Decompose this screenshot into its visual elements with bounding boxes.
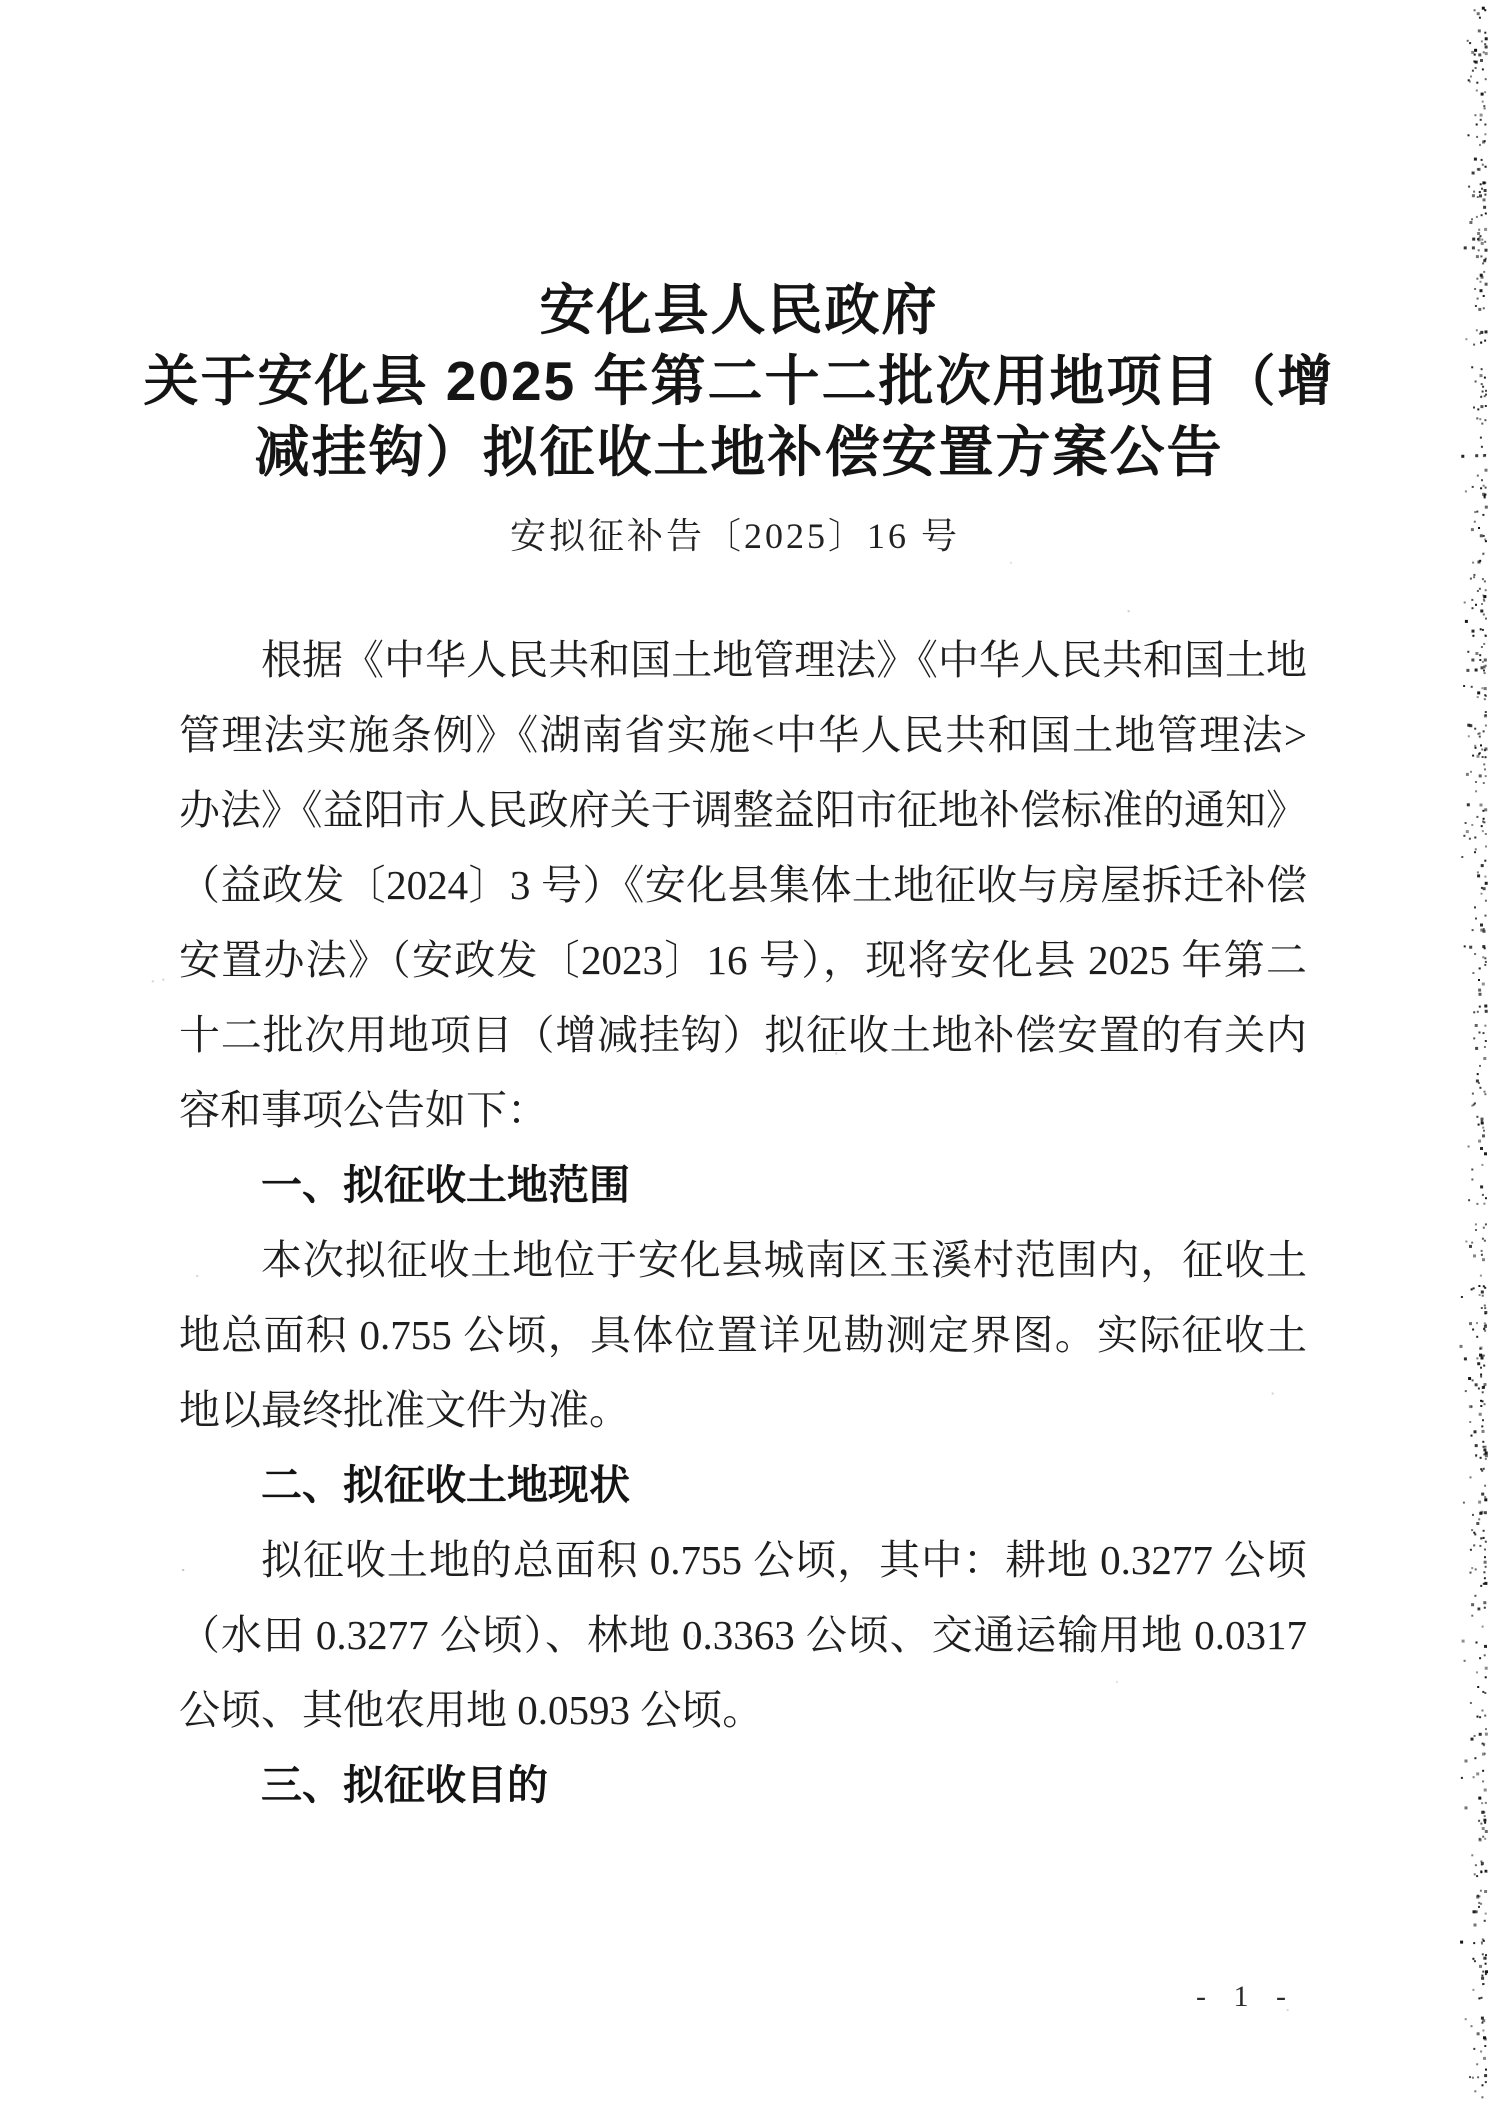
- paragraph-land-scope: 本次拟征收土地位于安化县城南区玉溪村范围内，征收土地总面积 0.755 公顷，具…: [179, 1223, 1307, 1448]
- document-body: 根据《中华人民共和国土地管理法》《中华人民共和国土地管理法实施条例》《湖南省实施…: [179, 623, 1307, 1823]
- section-heading-3: 三、拟征收目的: [179, 1748, 1307, 1823]
- scanned-document-page: 安化县人民政府 关于安化县 2025 年第二十二批次用地项目（增 减挂钩）拟征收…: [0, 0, 1488, 2104]
- paragraph-legal-basis: 根据《中华人民共和国土地管理法》《中华人民共和国土地管理法实施条例》《湖南省实施…: [179, 623, 1307, 1148]
- paragraph-land-status: 拟征收土地的总面积 0.755 公顷，其中：耕地 0.3277 公顷（水田 0.…: [179, 1523, 1307, 1748]
- title-line-2: 关于安化县 2025 年第二十二批次用地项目（增: [70, 346, 1408, 417]
- title-line-1: 安化县人民政府: [70, 275, 1408, 346]
- section-heading-2: 二、拟征收土地现状: [179, 1448, 1307, 1523]
- document-title: 安化县人民政府 关于安化县 2025 年第二十二批次用地项目（增 减挂钩）拟征收…: [70, 275, 1408, 488]
- section-heading-1: 一、拟征收土地范围: [179, 1148, 1307, 1223]
- document-number: 安拟征补告〔2025〕16 号: [0, 514, 1470, 558]
- title-line-3: 减挂钩）拟征收土地补偿安置方案公告: [70, 417, 1408, 488]
- page-number: - 1 -: [1196, 1980, 1296, 2014]
